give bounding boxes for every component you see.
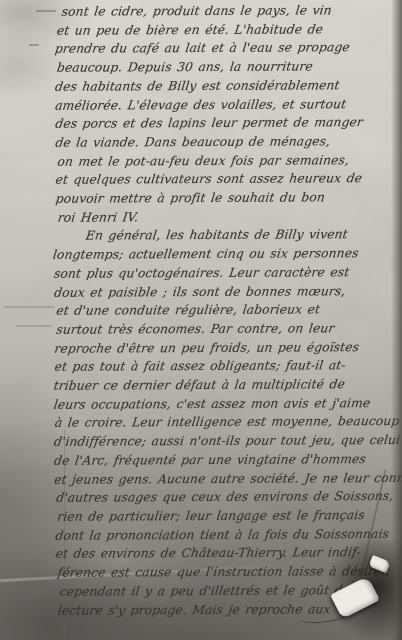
text-line: beaucoup. Depuis 30 ans, la nourriture — [0, 57, 402, 78]
text-line: de la viande. Dans beaucoup de ménages, — [0, 132, 402, 153]
text-line: surtout très économes. Par contre, on le… — [0, 319, 402, 340]
text-line: rien de particulier; leur langage est le… — [1, 506, 402, 527]
text-line: d'autres usages que ceux des environs de… — [1, 487, 402, 508]
text-line: d'indifférence; aussi n'ont-ils pour tou… — [1, 431, 402, 452]
manuscript-page: sont le cidre, produit dans le pays, le … — [0, 0, 402, 640]
text-line: prendre du café au lait et à l'eau se pr… — [0, 38, 402, 59]
text-line: améliorée. L'élevage des volailles, et s… — [0, 94, 402, 115]
text-line: tribuer ce dernier défaut à la multiplic… — [0, 375, 402, 396]
text-line: doux et paisible ; ils sont de bonnes mœ… — [0, 281, 402, 302]
text-line: des habitants de Billy est considérablem… — [0, 76, 402, 97]
text-line: pouvoir mettre à profit le souhait du bo… — [0, 188, 402, 209]
text-line: et quelques cultivateurs sont assez heur… — [0, 169, 402, 190]
text-line: à le croire. Leur intelligence est moyen… — [1, 412, 402, 433]
text-line: sont plus qu'octogénaires. Leur caractèr… — [0, 263, 402, 284]
page-right-edge-shadow — [391, 0, 402, 640]
manuscript-text: sont le cidre, produit dans le pays, le … — [0, 1, 402, 620]
text-line: longtemps; actuellement cinq ou six pers… — [0, 244, 402, 265]
text-line: En général, les habitants de Billy viven… — [0, 225, 402, 246]
text-line: et pas tout à fait assez obligeants; fau… — [0, 356, 402, 377]
text-line: de l'Arc, fréquenté par une vingtaine d'… — [1, 450, 402, 471]
text-line: des porcs et des lapins leur permet de m… — [0, 113, 402, 134]
text-line: et d'une conduite régulière, laborieux e… — [0, 300, 402, 321]
text-line: et jeunes gens. Aucune autre société. Je… — [1, 469, 402, 490]
text-line: on met le pot-au-feu deux fois par semai… — [0, 151, 402, 172]
text-line: sont le cidre, produit dans le pays, le … — [0, 1, 402, 22]
